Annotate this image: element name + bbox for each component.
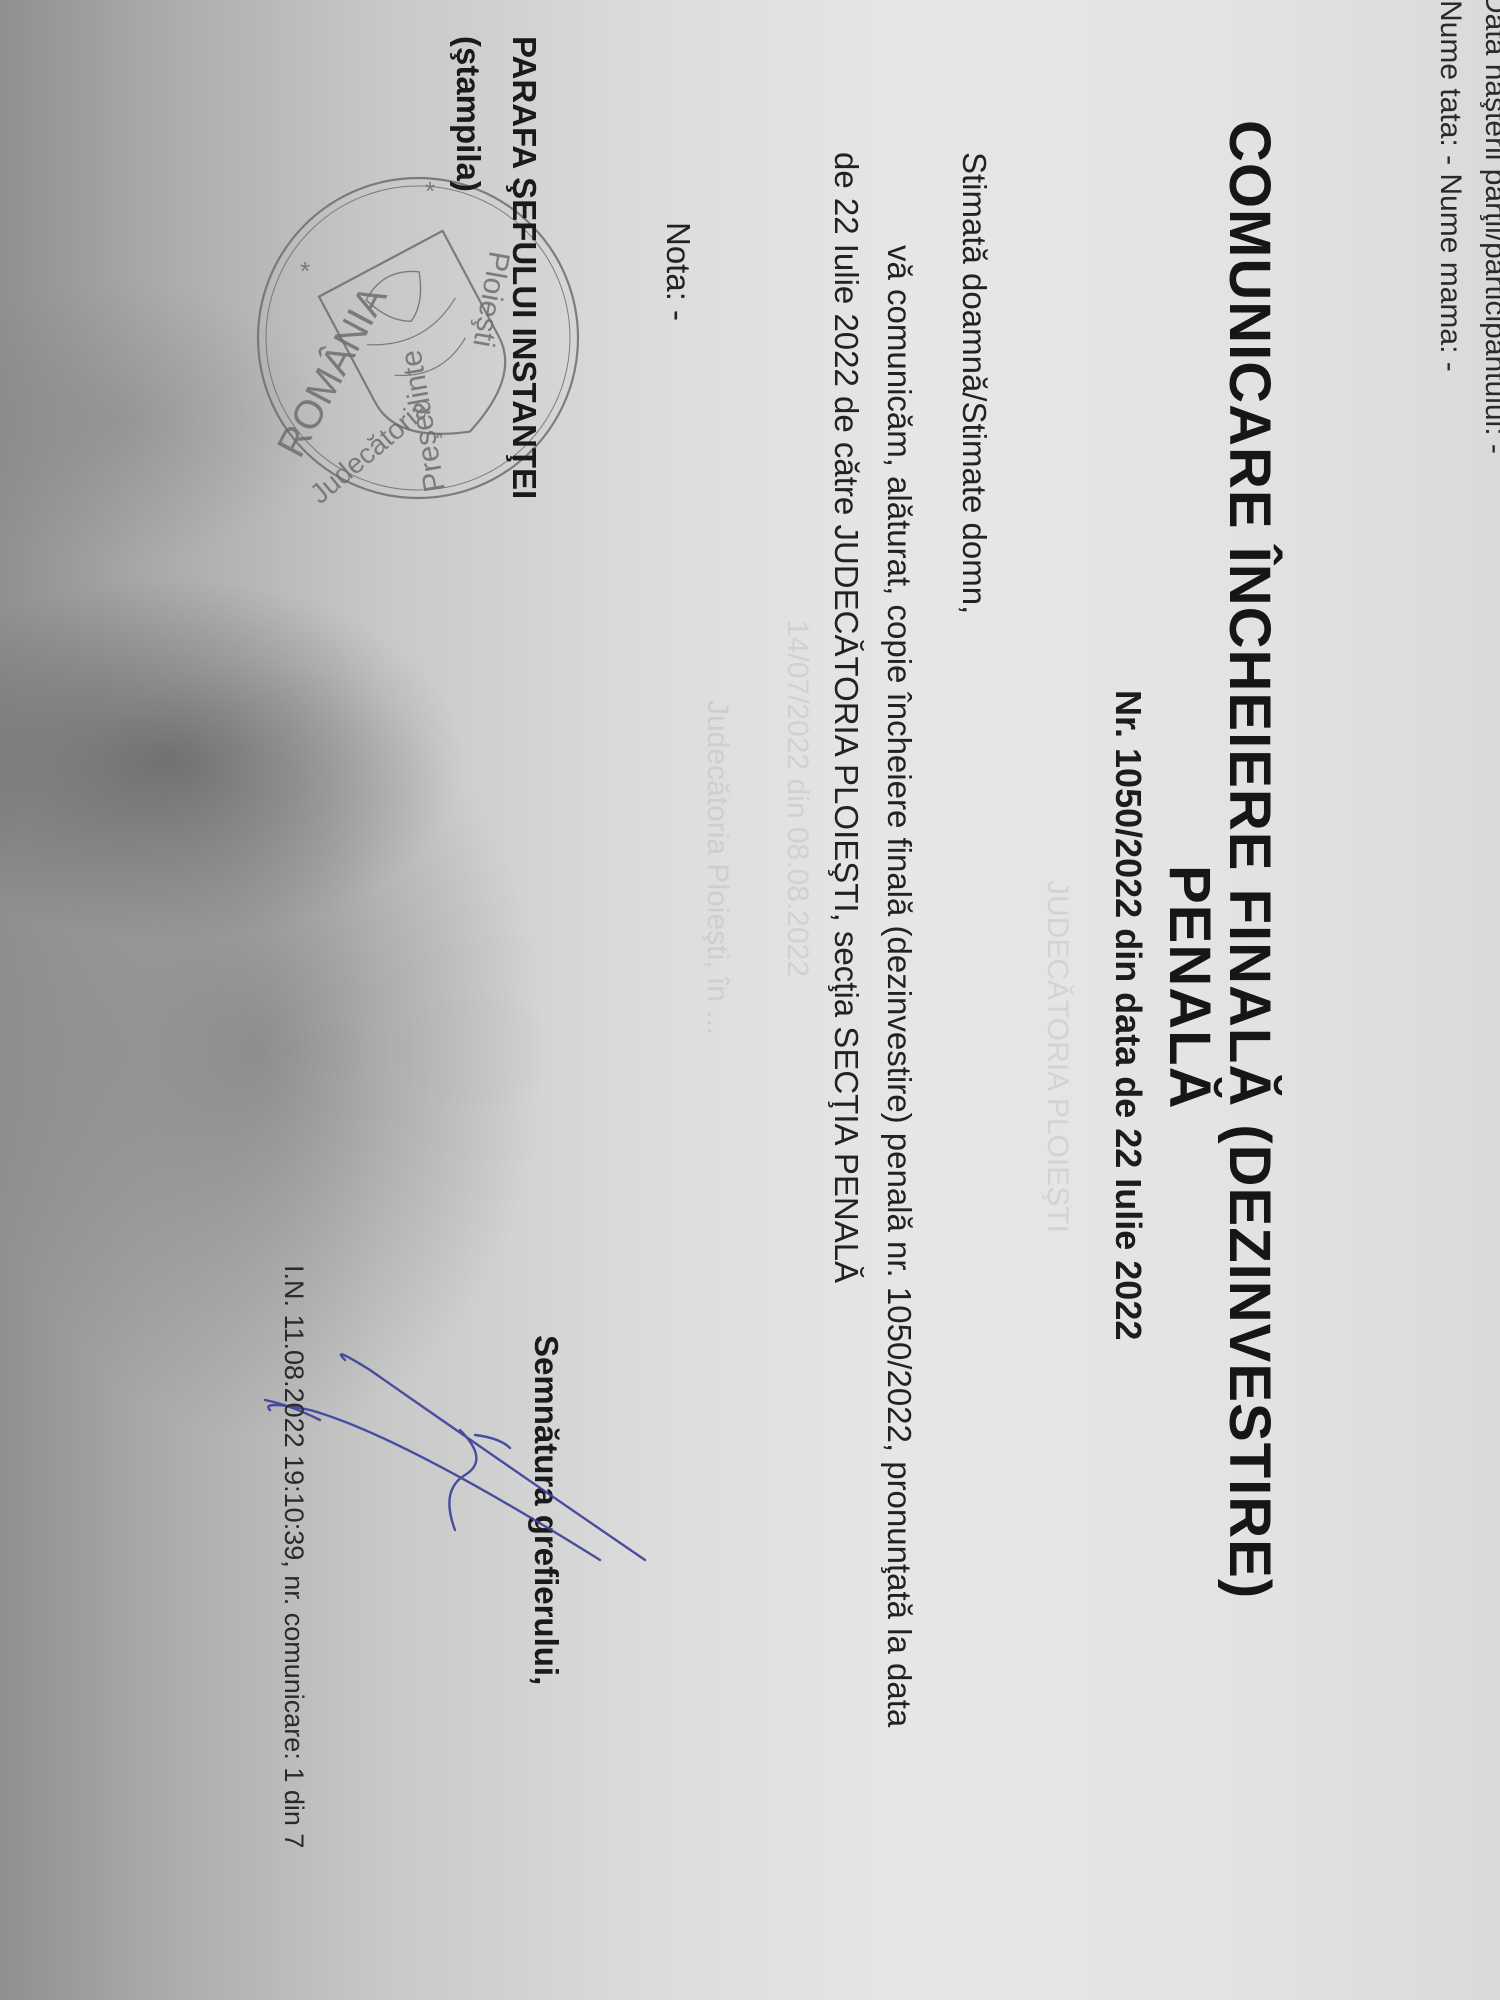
clerk-signature-icon [250, 1330, 670, 1590]
bleed-through-text: 14/07/2022 din 08.08.2022 [780, 620, 814, 977]
court-stamp-icon: ROMÂNIA Preşedinte Ploieşti Judecătoria … [240, 160, 600, 520]
greeting: Stimată doamnă/Stimate domn, [958, 152, 991, 614]
document-page: 14/07/2022 din 08.08.2022 Judecătoria Pl… [0, 0, 1500, 2000]
document-number: Nr. 1050/2022 din data de 22 Iulie 2022 [1110, 690, 1146, 1340]
note: Nota: - [662, 222, 695, 321]
document-title: COMUNICARE ÎNCHEIERE FINALĂ (DEZINVESTIR… [1220, 120, 1278, 1599]
parent-names-line: Nume tata: - Nume mama: - [1435, 0, 1465, 372]
svg-text:*: * [425, 176, 435, 206]
footer-registration-line: I.N. 11.08.2022 19:10:39, nr. comunicare… [280, 1265, 307, 1848]
bleed-through-text: Judecătoria Ploieşti, în ... [700, 700, 734, 1035]
svg-text:*: * [300, 256, 310, 286]
bleed-through-text: JUDECĂTORIA PLOIEŞTI [1040, 880, 1074, 1233]
header-partial-line: Data naşterii părţii/participantului: - [1480, 0, 1500, 454]
body-line-1: vă comunicăm, alăturat, copie încheiere … [883, 245, 916, 1727]
stamp-label: (ştampila) [452, 36, 485, 192]
court-head-seal-label: PARAFA ŞEFULUI INSTANŢEI [508, 36, 541, 499]
body-line-2: de 22 Iulie 2022 de către JUDECĂTORIA PL… [830, 152, 863, 1283]
document-title-line-2: PENALĂ [1160, 865, 1218, 1109]
